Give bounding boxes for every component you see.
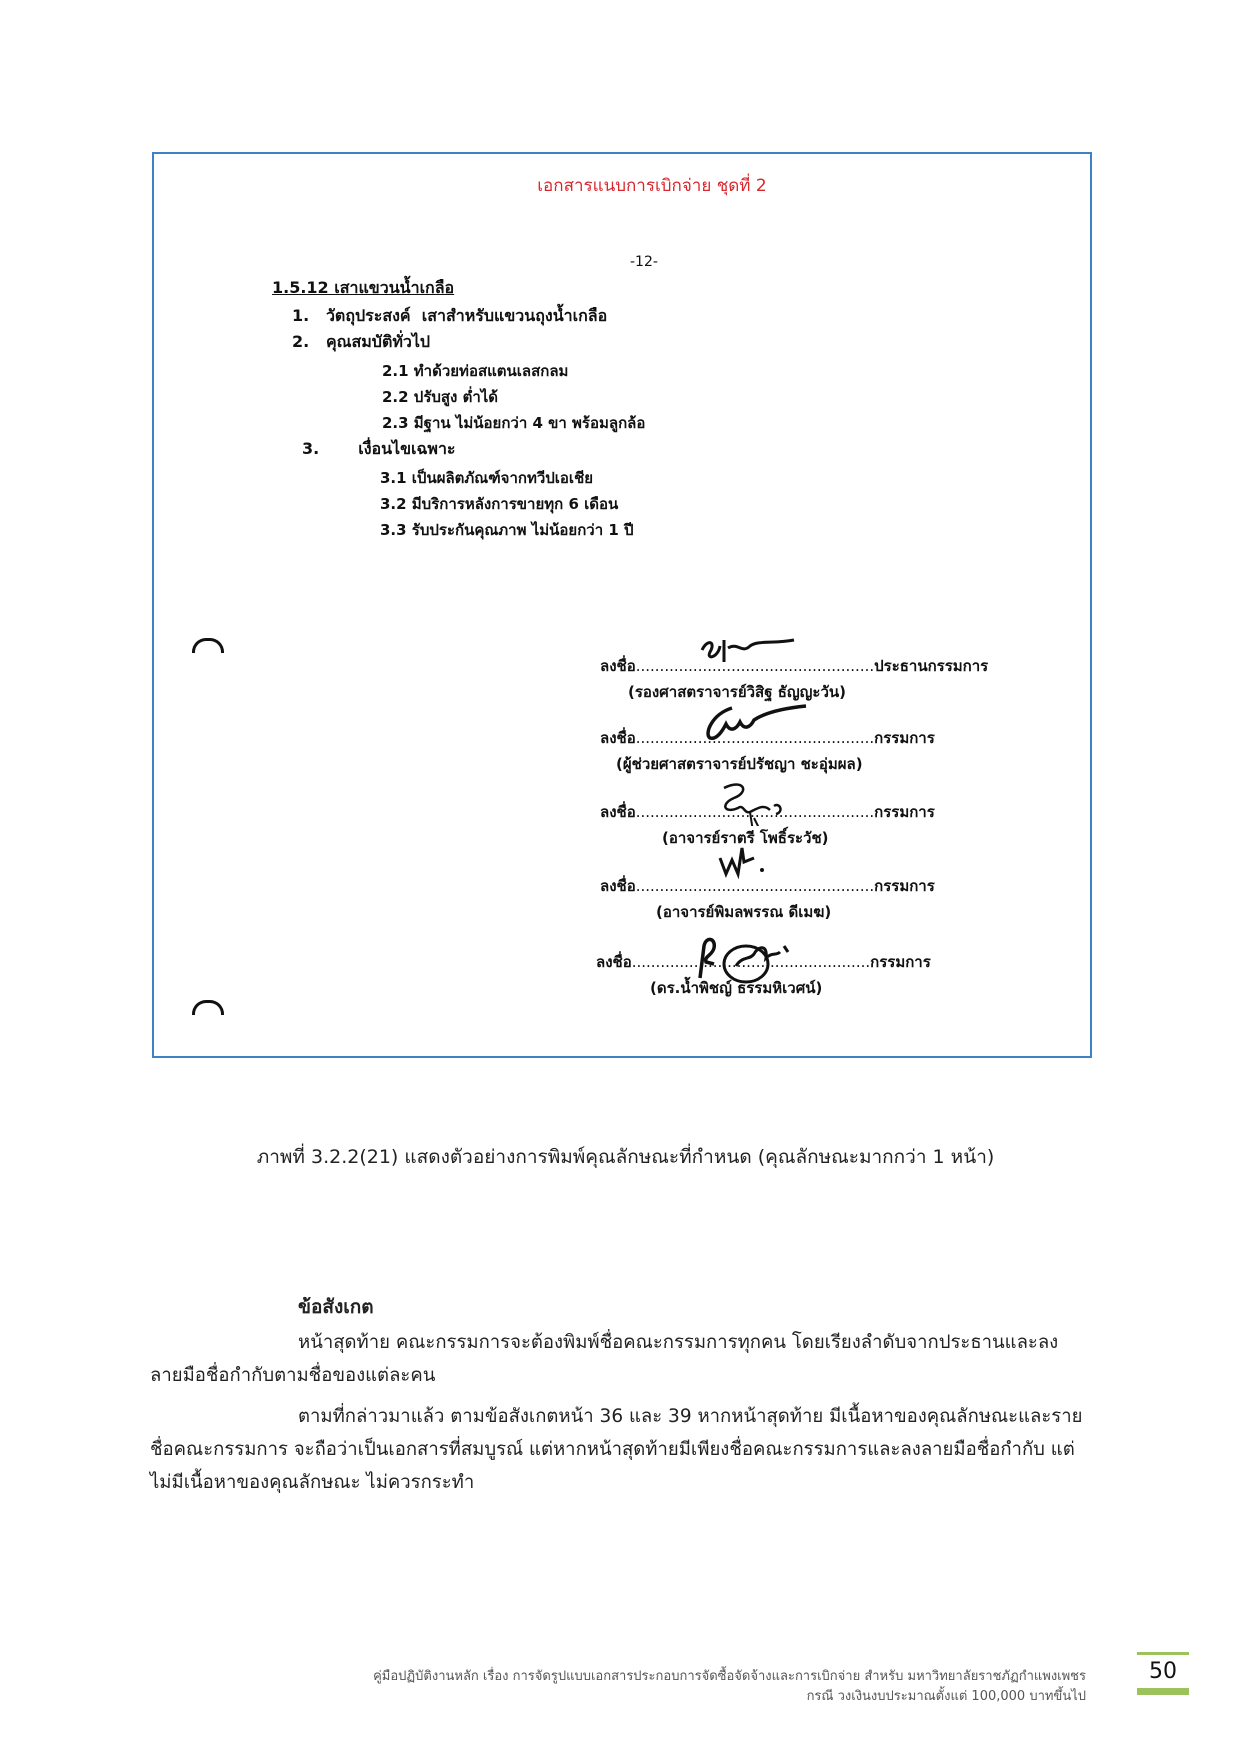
signatory-name: (รองศาสตราจารย์วิสิฐ ธัญญะวัน) (628, 680, 846, 704)
embedded-document-frame: เอกสารแนบการเบิกจ่าย ชุดที่ 2 -12- 1.5.1… (152, 152, 1092, 1058)
item-text: เสาสำหรับแขวนถุงน้ำเกลือ (422, 306, 607, 325)
page-footer: คู่มือปฏิบัติงานหลัก เรื่อง การจัดรูปแบบ… (373, 1667, 1086, 1707)
item-label: คุณสมบัติทั่วไป (326, 332, 430, 351)
signatory-role: กรรมการ (874, 877, 935, 895)
item-number: 3. (302, 439, 319, 458)
punch-hole-mark (192, 1000, 224, 1015)
page-number-badge: 50 (1137, 1652, 1189, 1695)
badge-bottom-bar (1137, 1688, 1189, 1695)
signatory-name: (ดร.น้ำพิชญ์ ธรรมหิเวศน์) (650, 976, 822, 1000)
signatory-role: ประธานกรรมการ (874, 657, 988, 675)
handwritten-signature (694, 632, 804, 672)
sign-label: ลงชื่อ (600, 877, 636, 895)
item-number: 1. (292, 306, 309, 325)
signatory-role: กรรมการ (874, 729, 935, 747)
figure-caption: ภาพที่ 3.2.2(21) แสดงตัวอย่างการพิมพ์คุณ… (0, 1142, 1241, 1172)
signatory-role: กรรมการ (874, 803, 935, 821)
footer-line-1: คู่มือปฏิบัติงานหลัก เรื่อง การจัดรูปแบบ… (373, 1667, 1086, 1687)
scanned-page-number: -12- (630, 254, 658, 270)
item-number: 2. (292, 332, 309, 351)
sub-item: 3.2 มีบริการหลังการขายทุก 6 เดือน (380, 492, 618, 516)
sign-label: ลงชื่อ (596, 953, 632, 971)
dotted-line: ........................................… (636, 877, 874, 895)
punch-hole-mark (192, 638, 224, 653)
sub-item: 2.3 มีฐาน ไม่น้อยกว่า 4 ขา พร้อมลูกล้อ (382, 411, 645, 435)
signatory-role: กรรมการ (870, 953, 931, 971)
item-label: วัตถุประสงค์ (326, 306, 411, 325)
item-2: 2. คุณสมบัติทั่วไป (292, 330, 430, 355)
sub-item: 3.1 เป็นผลิตภัณฑ์จากทวีปเอเชีย (380, 466, 593, 490)
note-paragraph-2: ตามที่กล่าวมาแล้ว ตามข้อสังเกตหน้า 36 แล… (150, 1400, 1085, 1499)
attachment-header: เอกสารแนบการเบิกจ่าย ชุดที่ 2 (154, 172, 1090, 199)
sub-item: 2.1 ทำด้วยท่อสแตนเลสกลม (382, 359, 568, 383)
footer-line-2: กรณี วงเงินงบประมาณตั้งแต่ 100,000 บาทขึ… (373, 1687, 1086, 1707)
item-3: 3. เงื่อนไขเฉพาะ (302, 437, 456, 462)
handwritten-signature (702, 702, 812, 744)
sign-label: ลงชื่อ (600, 803, 636, 821)
note-title: ข้อสังเกต (298, 1292, 374, 1322)
item-1: 1. วัตถุประสงค์ เสาสำหรับแขวนถุงน้ำเกลือ (292, 304, 607, 329)
page-number: 50 (1137, 1655, 1189, 1688)
sub-item: 2.2 ปรับสูง ต่ำได้ (382, 385, 498, 409)
item-label: เงื่อนไขเฉพาะ (358, 439, 455, 458)
signatory-name: (อาจารย์พิมลพรรณ ดีเมฆ) (656, 900, 831, 924)
signatory-name: (ผู้ช่วยศาสตราจารย์ปรัชญา ชะอุ่มผล) (616, 752, 863, 776)
section-title: 1.5.12 เสาแขวนน้ำเกลือ (272, 276, 454, 301)
sign-label: ลงชื่อ (600, 657, 636, 675)
signature-line: ลงชื่อ..................................… (600, 874, 935, 898)
sign-label: ลงชื่อ (600, 729, 636, 747)
sub-item: 3.3 รับประกันคุณภาพ ไม่น้อยกว่า 1 ปี (380, 518, 634, 542)
handwritten-signature (714, 778, 794, 826)
signature-line: ลงชื่อ..................................… (596, 950, 931, 974)
note-paragraph-1: หน้าสุดท้าย คณะกรรมการจะต้องพิมพ์ชื่อคณะ… (150, 1326, 1085, 1392)
dotted-line: ........................................… (632, 953, 870, 971)
